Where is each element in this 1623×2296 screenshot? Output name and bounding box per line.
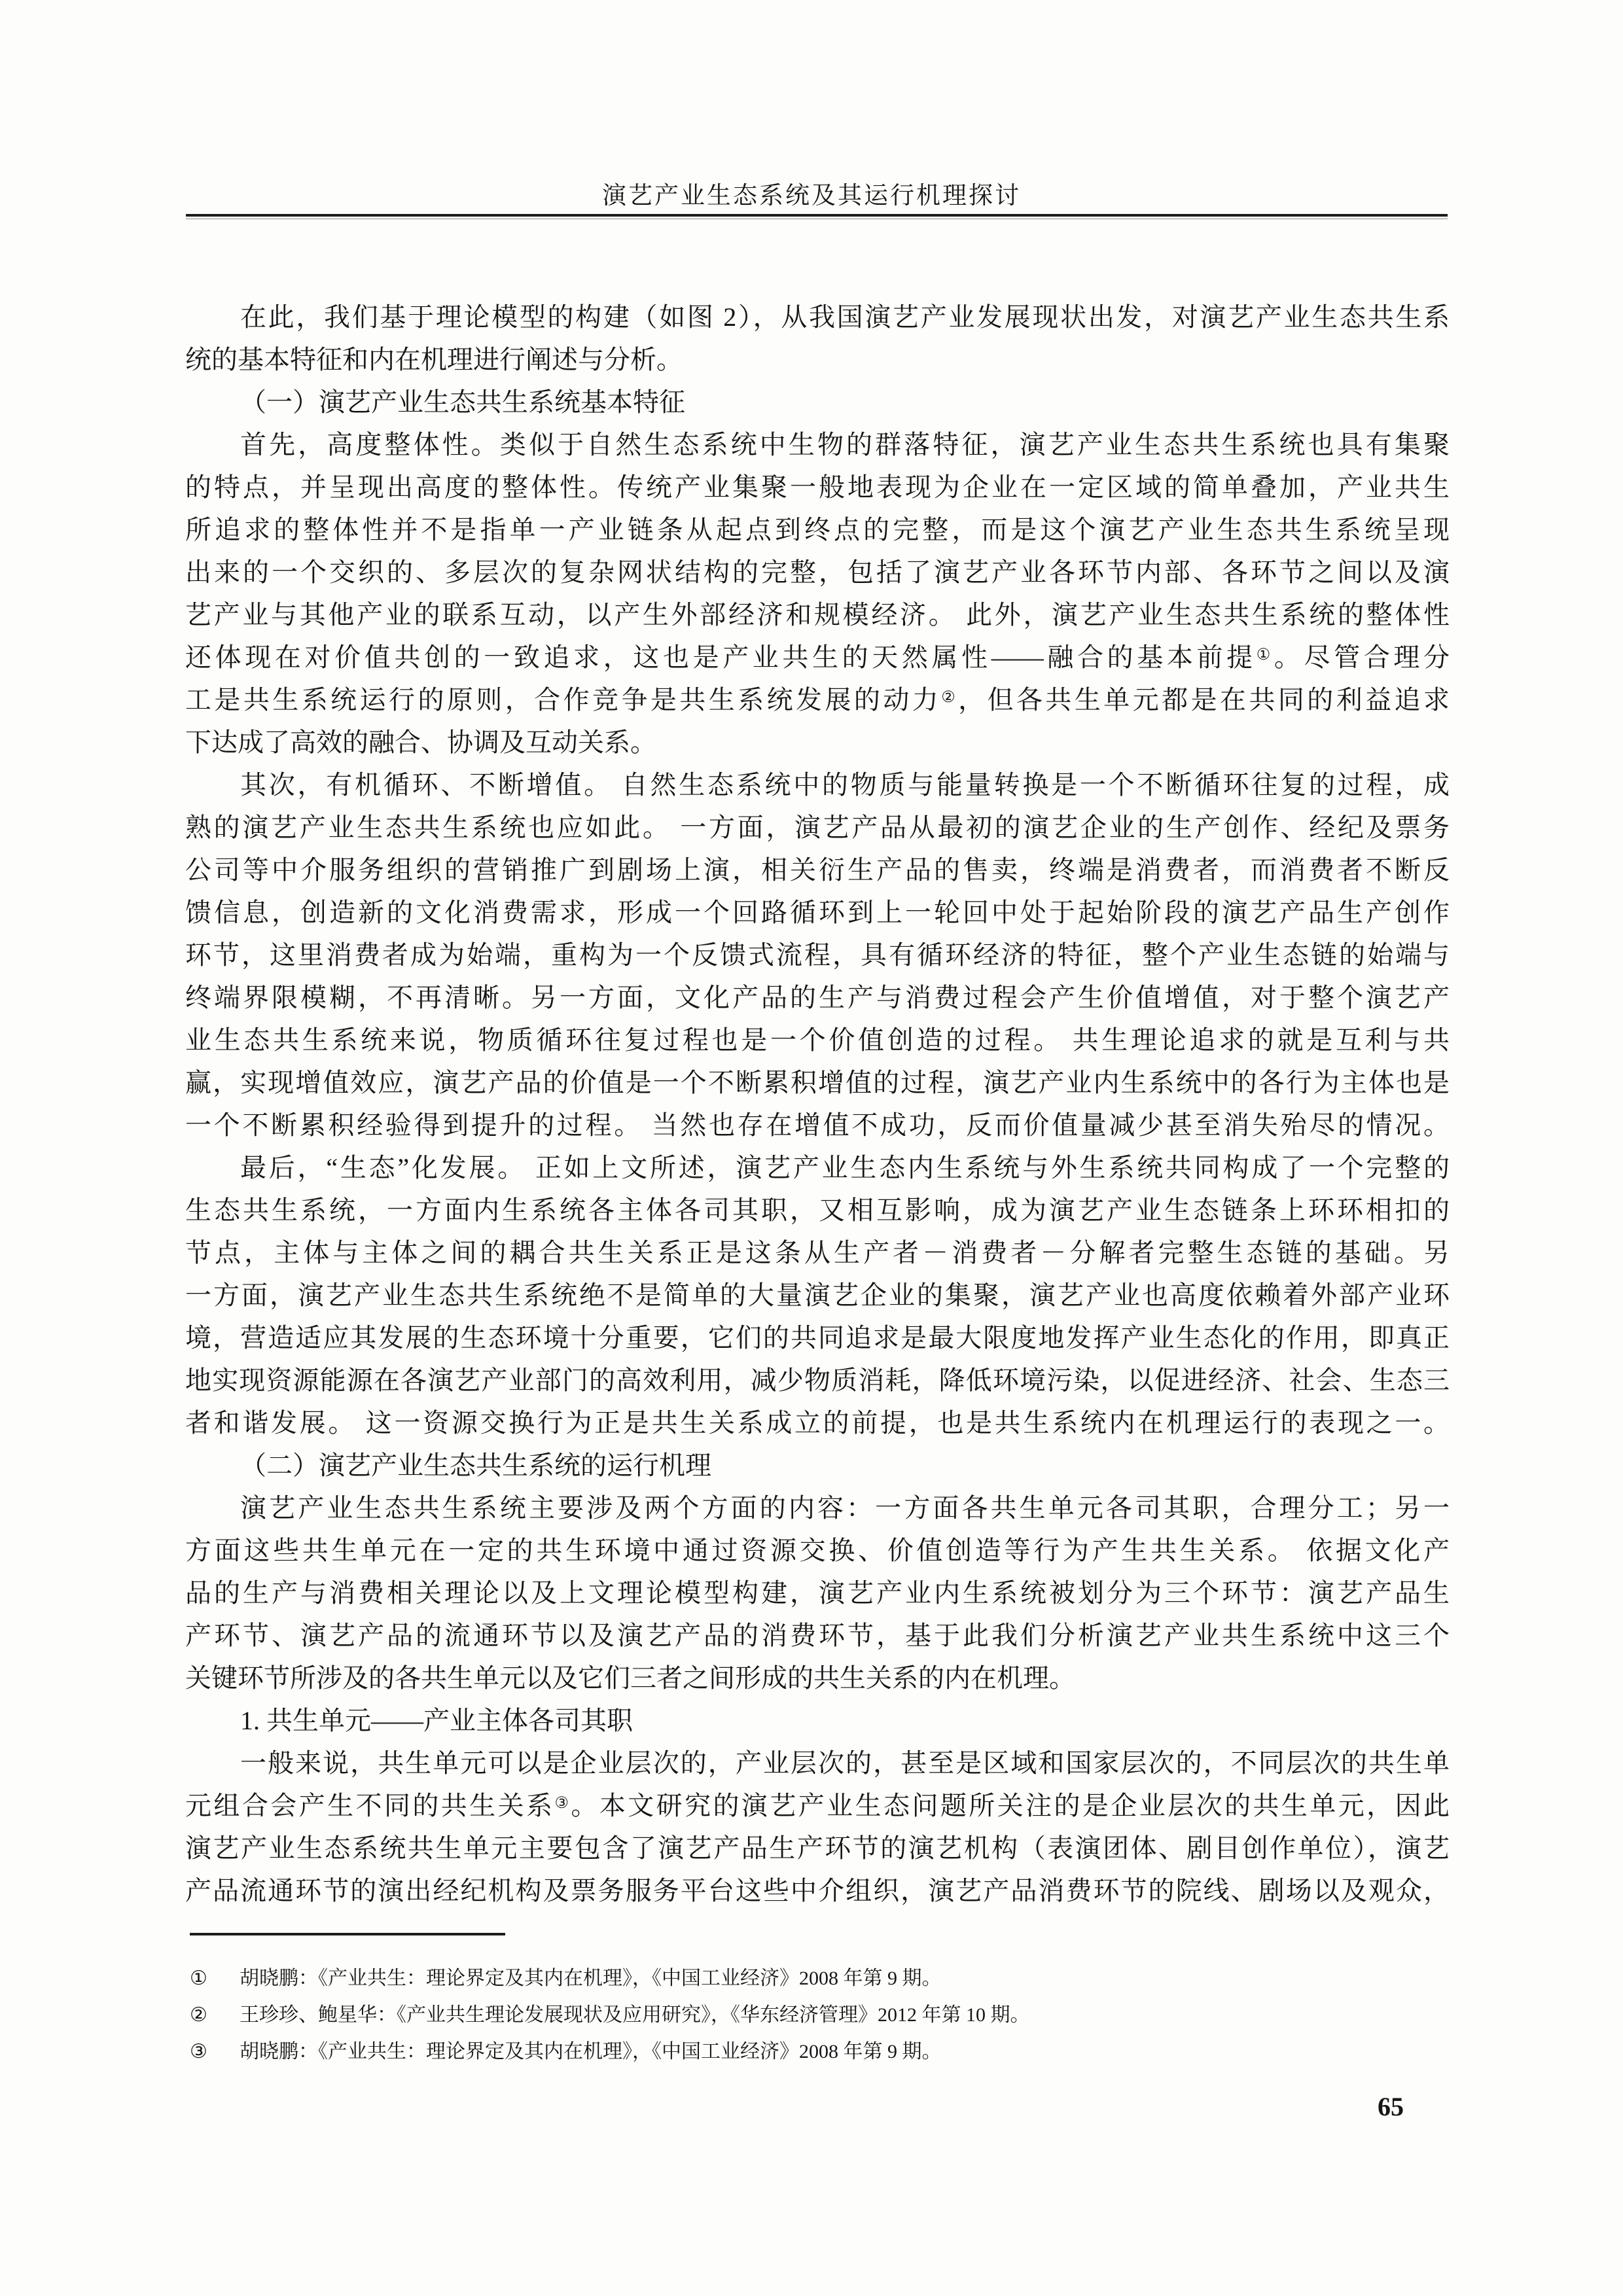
body-line: 最后，“生态”化发展。 正如上文所述，演艺产业生态内生系统与外生系统共同构成了一… xyxy=(185,1146,1450,1189)
body-line: 一般来说，共生单元可以是企业层次的，产业层次的，甚至是区域和国家层次的，不同层次… xyxy=(185,1742,1450,1784)
footnote-item: ② 王珍珍、鲍星华：《产业共生理论发展现状及应用研究》，《华东经济管理》2012… xyxy=(190,1997,1440,2034)
body-line: （二）演艺产业生态共生系统的运行机理 xyxy=(185,1444,1450,1487)
footnote-separator xyxy=(190,1933,505,1935)
body-line: 一方面，演艺产业生态共生系统绝不是简单的大量演艺企业的集聚，演艺产业也高度依赖着… xyxy=(185,1274,1450,1316)
body-line: 演艺产业生态系统共生单元主要包含了演艺产品生产环节的演艺机构（表演团体、剧目创作… xyxy=(185,1827,1450,1869)
body-line: 下达成了高效的融合、协调及互动关系。 xyxy=(185,721,1450,764)
running-head-title: 演艺产业生态系统及其运行机理探讨 xyxy=(0,175,1623,211)
body-line: 演艺产业生态共生系统主要涉及两个方面的内容：一方面各共生单元各司其职，合理分工；… xyxy=(185,1487,1450,1529)
body-line: 出来的一个交织的、多层次的复杂网状结构的完整，包括了演艺产业各环节内部、各环节之… xyxy=(185,551,1450,593)
footnote-text: 胡晓鹏：《产业共生：理论界定及其内在机理》，《中国工业经济》2008 年第 9 … xyxy=(240,2034,1440,2070)
body-line: 品的生产与消费相关理论以及上文理论模型构建，演艺产业内生系统被划分为三个环节：演… xyxy=(185,1572,1450,1614)
footnotes: ① 胡晓鹏：《产业共生：理论界定及其内在机理》，《中国工业经济》2008 年第 … xyxy=(190,1960,1440,2070)
page-number: 65 xyxy=(1351,2091,1430,2122)
footnote-item: ① 胡晓鹏：《产业共生：理论界定及其内在机理》，《中国工业经济》2008 年第 … xyxy=(190,1960,1440,1997)
body-line: 方面这些共生单元在一定的共生环境中通过资源交换、价值创造等行为产生共生关系。 依… xyxy=(185,1529,1450,1572)
footnote-text: 胡晓鹏：《产业共生：理论界定及其内在机理》，《中国工业经济》2008 年第 9 … xyxy=(240,1960,1440,1997)
body-line: 生态共生系统，一方面内生系统各主体各司其职，又相互影响，成为演艺产业生态链条上环… xyxy=(185,1189,1450,1231)
body-line: 业生态共生系统来说，物质循环往复过程也是一个价值创造的过程。 共生理论追求的就是… xyxy=(185,1019,1450,1061)
body-line: 赢，实现增值效应，演艺产品的价值是一个不断累积增值的过程，演艺产业内生系统中的各… xyxy=(185,1061,1450,1104)
body-line: 统的基本特征和内在机理进行阐述与分析。 xyxy=(185,338,1450,381)
body-line: 1. 共生单元——产业主体各司其职 xyxy=(185,1699,1450,1742)
body-line: 一个不断累积经验得到提升的过程。 当然也存在增值不成功，反而价值量减少甚至消失殆… xyxy=(185,1104,1450,1146)
body-line: 工是共生系统运行的原则，合作竞争是共生系统发展的动力②，但各共生单元都是在共同的… xyxy=(185,679,1450,721)
body-line: 产品流通环节的演出经纪机构及票务服务平台这些中介组织，演艺产品消费环节的院线、剧… xyxy=(185,1869,1450,1912)
body-line: 境，营造适应其发展的生态环境十分重要，它们的共同追求是最大限度地发挥产业生态化的… xyxy=(185,1316,1450,1359)
footnote-marker: ③ xyxy=(190,2034,240,2070)
footnote-marker: ② xyxy=(190,1997,240,2034)
body-line: 在此，我们基于理论模型的构建（如图 2），从我国演艺产业发展现状出发，对演艺产业… xyxy=(185,296,1450,338)
body-line: 地实现资源能源在各演艺产业部门的高效利用，减少物质消耗，降低环境污染，以促进经济… xyxy=(185,1359,1450,1402)
footnote-text: 王珍珍、鲍星华：《产业共生理论发展现状及应用研究》，《华东经济管理》2012 年… xyxy=(240,1997,1440,2034)
body-line: 产环节、演艺产品的流通环节以及演艺产品的消费环节，基于此我们分析演艺产业共生系统… xyxy=(185,1614,1450,1657)
body-line: 熟的演艺产业生态共生系统也应如此。 一方面，演艺产品从最初的演艺企业的生产创作、… xyxy=(185,806,1450,849)
body-line: （一）演艺产业生态共生系统基本特征 xyxy=(185,381,1450,423)
body-line: 节点，主体与主体之间的耦合共生关系正是这条从生产者－消费者－分解者完整生态链的基… xyxy=(185,1231,1450,1274)
body-line: 其次，有机循环、不断增值。 自然生态系统中的物质与能量转换是一个不断循环往复的过… xyxy=(185,764,1450,806)
header-rule xyxy=(186,214,1448,219)
footnote-marker: ① xyxy=(190,1960,240,1997)
body-line: 关键环节所涉及的各共生单元以及它们三者之间形成的共生关系的内在机理。 xyxy=(185,1657,1450,1699)
body-line: 元组合会产生不同的共生关系③。本文研究的演艺产业生态问题所关注的是企业层次的共生… xyxy=(185,1784,1450,1827)
footnote-item: ③ 胡晓鹏：《产业共生：理论界定及其内在机理》，《中国工业经济》2008 年第 … xyxy=(190,2034,1440,2070)
body-line: 首先，高度整体性。类似于自然生态系统中生物的群落特征，演艺产业生态共生系统也具有… xyxy=(185,423,1450,466)
body-line: 终端界限模糊，不再清晰。另一方面，文化产品的生产与消费过程会产生价值增值，对于整… xyxy=(185,976,1450,1019)
body-line: 者和谐发展。 这一资源交换行为正是共生关系成立的前提，也是共生系统内在机理运行的… xyxy=(185,1402,1450,1444)
document-page: 演艺产业生态系统及其运行机理探讨 在此，我们基于理论模型的构建（如图 2），从我… xyxy=(0,0,1623,2296)
body-line: 所追求的整体性并不是指单一产业链条从起点到终点的完整，而是这个演艺产业生态共生系… xyxy=(185,508,1450,551)
body-line: 还体现在对价值共创的一致追求，这也是产业共生的天然属性——融合的基本前提①。尽管… xyxy=(185,636,1450,679)
body-text: 在此，我们基于理论模型的构建（如图 2），从我国演艺产业发展现状出发，对演艺产业… xyxy=(185,296,1450,1912)
body-line: 的特点，并呈现出高度的整体性。传统产业集聚一般地表现为企业在一定区域的简单叠加，… xyxy=(185,466,1450,508)
body-line: 公司等中介服务组织的营销推广到剧场上演，相关衍生产品的售卖，终端是消费者，而消费… xyxy=(185,849,1450,891)
body-line: 环节，这里消费者成为始端，重构为一个反馈式流程，具有循环经济的特征，整个产业生态… xyxy=(185,934,1450,976)
body-line: 艺产业与其他产业的联系互动，以产生外部经济和规模经济。 此外，演艺产业生态共生系… xyxy=(185,593,1450,636)
body-line: 馈信息，创造新的文化消费需求，形成一个回路循环到上一轮回中处于起始阶段的演艺产品… xyxy=(185,891,1450,934)
